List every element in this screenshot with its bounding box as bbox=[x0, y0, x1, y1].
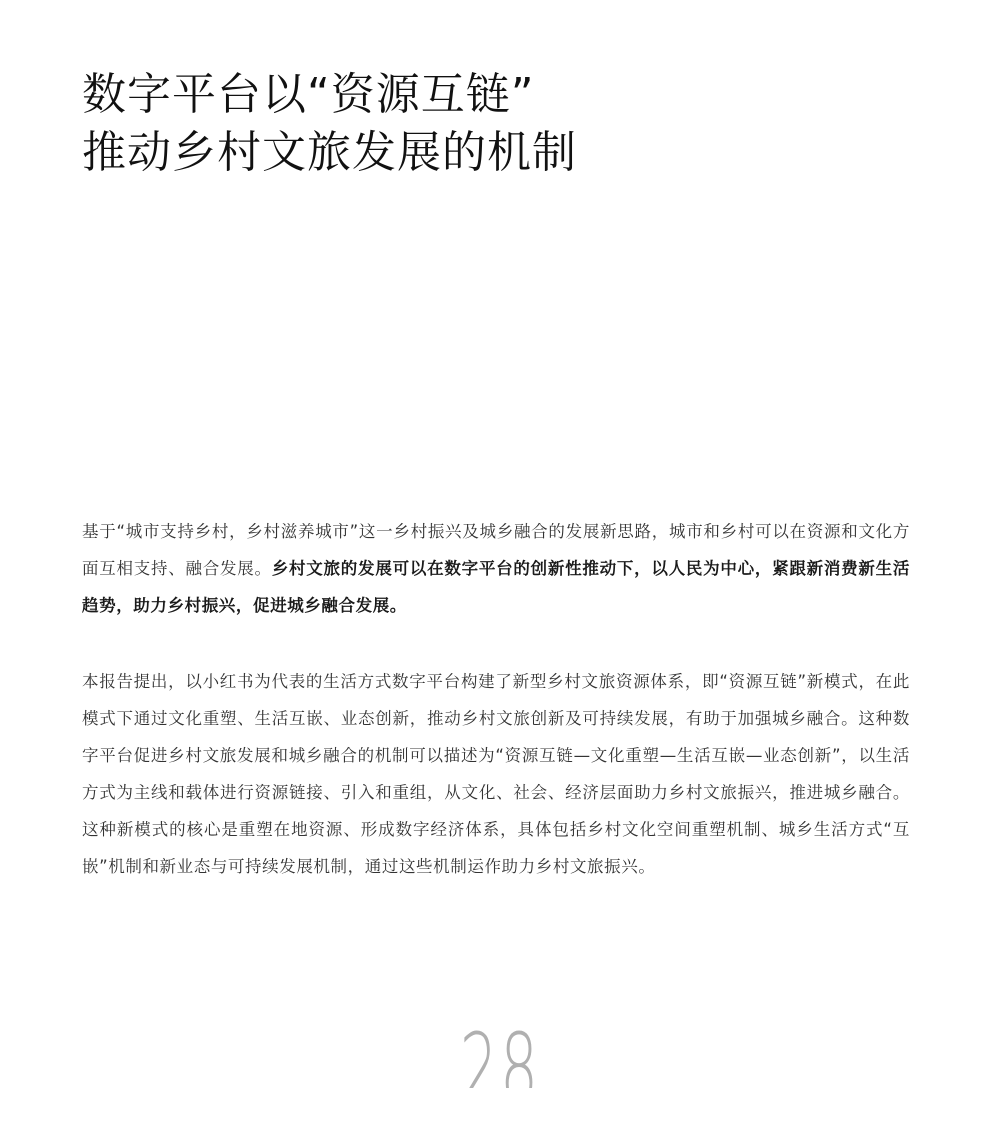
page-number: 28 bbox=[460, 1014, 541, 1088]
intro-paragraph: 基于“城市支持乡村，乡村滋养城市”这一乡村振兴及城乡融合的发展新思路，城市和乡村… bbox=[82, 513, 910, 624]
page-number-container: 28 bbox=[420, 1010, 580, 1088]
title-line-1: 数字平台以“资源互链” bbox=[82, 66, 577, 124]
title-line-2: 推动乡村文旅发展的机制 bbox=[82, 124, 577, 182]
page-title: 数字平台以“资源互链” 推动乡村文旅发展的机制 bbox=[82, 66, 577, 182]
report-paragraph: 本报告提出，以小红书为代表的生活方式数字平台构建了新型乡村文旅资源体系，即“资源… bbox=[82, 663, 910, 885]
